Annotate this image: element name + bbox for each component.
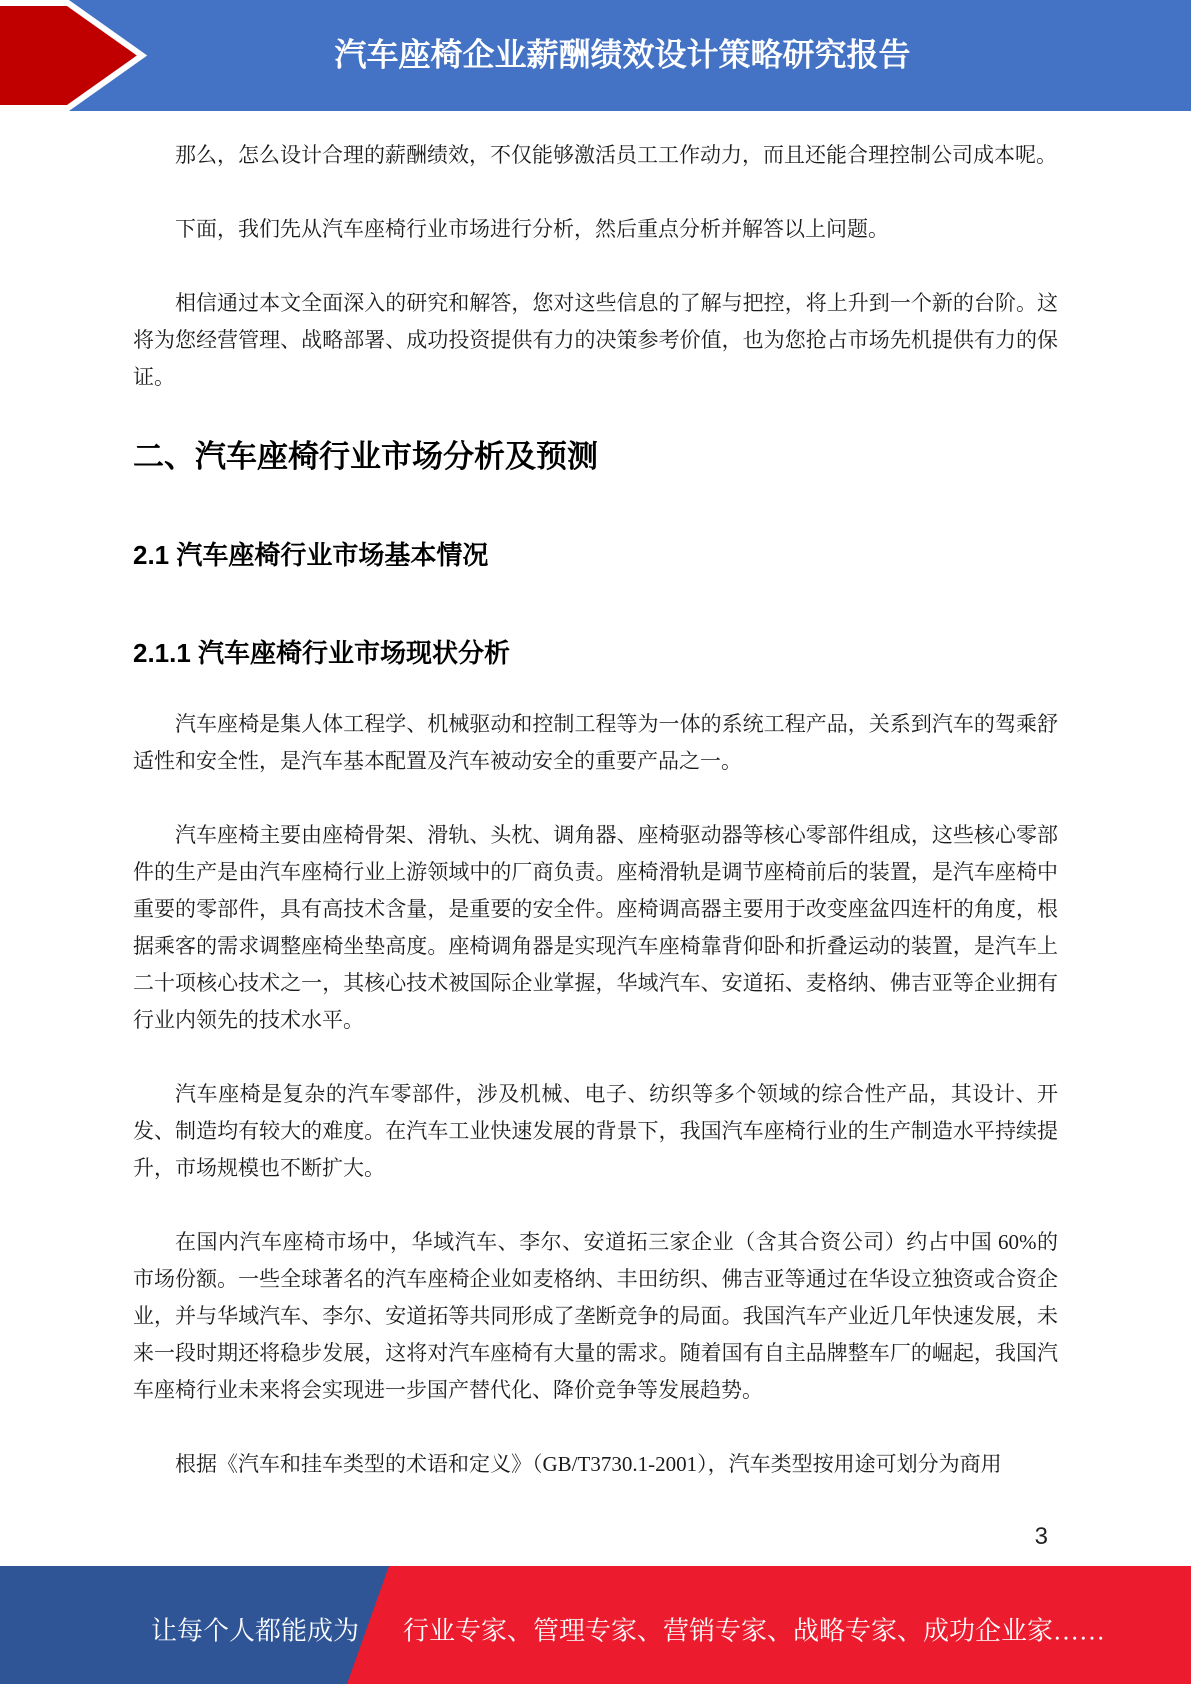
- report-page: 汽车座椅企业薪酬绩效设计策略研究报告 那么，怎么设计合理的薪酬绩效，不仅能够激活…: [0, 0, 1191, 1684]
- report-title: 汽车座椅企业薪酬绩效设计策略研究报告: [334, 29, 910, 75]
- document-body: 那么，怎么设计合理的薪酬绩效，不仅能够激活员工工作动力，而且还能合理控制公司成本…: [0, 111, 1191, 1554]
- footer-banner: 让每个人都能成为 行业专家、管理专家、营销专家、战略专家、成功企业家……: [0, 1566, 1191, 1684]
- paragraph-report-value: 相信通过本文全面深入的研究和解答，您对这些信息的了解与把控，将上升到一个新的台阶…: [133, 285, 1058, 396]
- red-chevron-arrow-icon: [0, 0, 155, 111]
- paragraph-vehicle-classification: 根据《汽车和挂车类型的术语和定义》（GB/T3730.1-2001），汽车类型按…: [133, 1446, 1058, 1483]
- paragraph-seat-complexity: 汽车座椅是复杂的汽车零部件，涉及机械、电子、纺织等多个领域的综合性产品，其设计、…: [133, 1076, 1058, 1187]
- paragraph-market-share: 在国内汽车座椅市场中，华域汽车、李尔、安道拓三家企业（含其合资公司）约占中国 6…: [133, 1224, 1058, 1409]
- paragraph-seat-definition: 汽车座椅是集人体工程学、机械驱动和控制工程等为一体的系统工程产品，关系到汽车的驾…: [133, 706, 1058, 780]
- paragraph-salary-design-question: 那么，怎么设计合理的薪酬绩效，不仅能够激活员工工作动力，而且还能合理控制公司成本…: [133, 137, 1058, 174]
- subsection-heading-market-basics: 2.1 汽车座椅行业市场基本情况: [133, 535, 1058, 575]
- header-banner: 汽车座椅企业薪酬绩效设计策略研究报告: [0, 0, 1191, 111]
- paragraph-analysis-intro: 下面，我们先从汽车座椅行业市场进行分析，然后重点分析并解答以上问题。: [133, 211, 1058, 248]
- footer-slogan-right: 行业专家、管理专家、营销专家、战略专家、成功企业家……: [403, 1611, 1105, 1648]
- subsection-heading-market-status: 2.1.1 汽车座椅行业市场现状分析: [133, 633, 1058, 673]
- footer-slogan-left: 让每个人都能成为: [151, 1611, 359, 1648]
- section-heading-market-analysis: 二、汽车座椅行业市场分析及预测: [133, 433, 1058, 481]
- paragraph-seat-components: 汽车座椅主要由座椅骨架、滑轨、头枕、调角器、座椅驱动器等核心零部件组成，这些核心…: [133, 817, 1058, 1039]
- page-number: 3: [133, 1520, 1058, 1554]
